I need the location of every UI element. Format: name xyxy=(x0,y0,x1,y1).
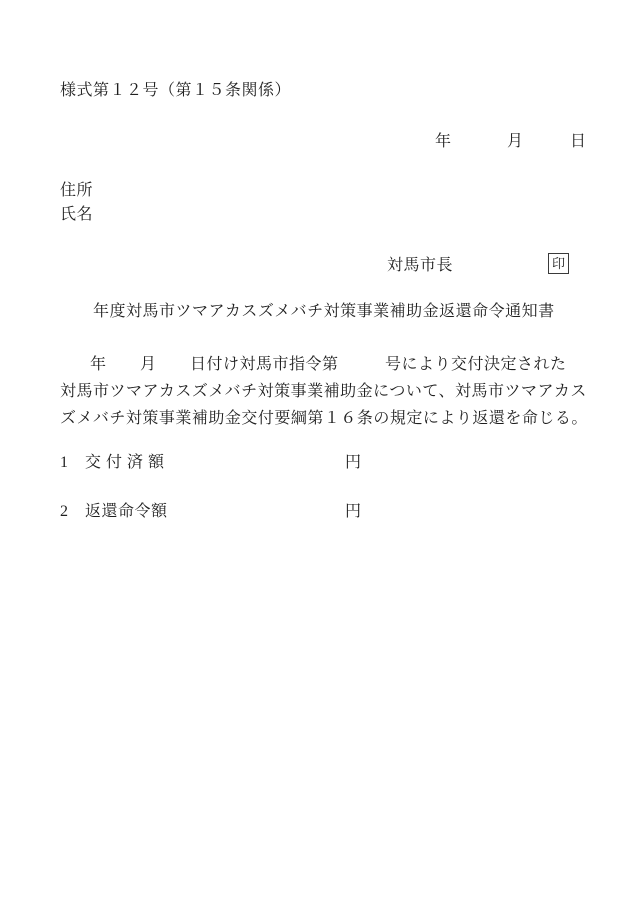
item2-label: 返還命令額 xyxy=(85,504,168,520)
date-month-label: 月 xyxy=(507,134,524,150)
seal-box: 印 xyxy=(548,253,569,274)
item2-unit-yen: 円 xyxy=(345,504,362,520)
body-year-label: 年 xyxy=(90,357,107,373)
recipient-name-label: 氏名 xyxy=(60,207,93,223)
document-page: 様式第１２号（第１５条関係） 年 月 日 住所 氏名 対馬市長 印 年度対馬市ツ… xyxy=(0,0,630,903)
item1-unit-yen: 円 xyxy=(345,455,362,471)
recipient-address-label: 住所 xyxy=(60,183,93,199)
date-day-label: 日 xyxy=(570,134,587,150)
item1-label: 交 付 済 額 xyxy=(85,455,165,471)
mayor-label: 対馬市長 xyxy=(387,258,453,274)
item2-number: 2 xyxy=(60,504,69,520)
date-year-label: 年 xyxy=(435,134,452,150)
body-month-label: 月 xyxy=(140,357,157,373)
item1-number: 1 xyxy=(60,455,69,471)
document-title: 年度対馬市ツマアカスズメバチ対策事業補助金返還命令通知書 xyxy=(93,304,555,320)
form-number: 様式第１２号（第１５条関係） xyxy=(60,83,291,99)
body-line2: 対馬市ツマアカスズメバチ対策事業補助金について、対馬市ツマアカス xyxy=(60,384,587,400)
body-day-segment: 日付け対馬市指令第 xyxy=(190,357,339,373)
body-line3: ズメバチ対策事業補助金交付要綱第１６条の規定により返還を命じる。 xyxy=(60,411,588,427)
body-number-segment: 号により交付決定された xyxy=(385,357,567,373)
